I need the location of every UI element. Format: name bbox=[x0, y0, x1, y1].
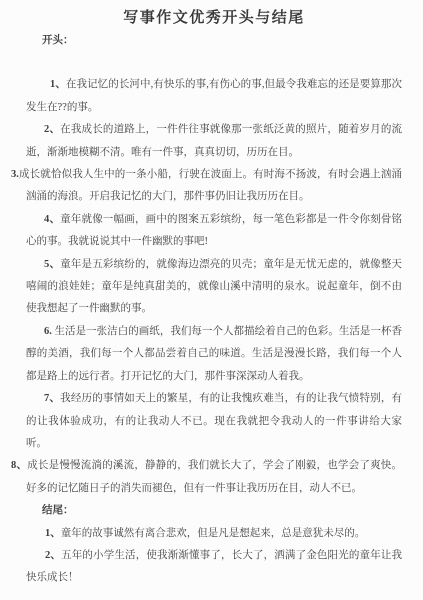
paragraph-number: 5、 bbox=[44, 259, 60, 270]
opening-paragraph-2: 2、在我成长的道路上，一件件往事就像那一张纸泛黄的照片，随着岁月的流逝，渐渐地模… bbox=[26, 119, 402, 164]
opening-paragraph-7: 7、我经历的事情如天上的繁星，有的让我愧疚难当，有的让我气愤特别，有的让我体验成… bbox=[26, 388, 402, 455]
paragraph-text: 童年就像一幅画，画中的图案五彩缤纷，每一笔色彩都是一件令你刻骨铭心的事。我就说说… bbox=[26, 214, 402, 247]
paragraph-text: 在我记忆的长河中,有快乐的事,有伤心的事,但最令我难忘的还是要算那次发生在??的… bbox=[26, 79, 402, 112]
opening-paragraph-8: 8、成长是慢慢流淌的溪流，静静的，我们就长大了，学会了刚毅，也学会了爽快。好多的… bbox=[26, 455, 402, 500]
paragraph-text: 童年的故事诚然有离合悲欢，但是凡是想起来，总是意犹未尽的。 bbox=[61, 528, 366, 539]
section-ending-label: 结尾： bbox=[42, 500, 402, 522]
paragraph-number: 1、 bbox=[45, 528, 61, 539]
paragraph-text: 在我成长的道路上，一件件往事就像那一张纸泛黄的照片，随着岁月的流逝，渐渐地模糊不… bbox=[26, 124, 402, 157]
paragraph-text: 生活是一张洁白的画纸，我们每一个人都描绘着自己的色彩。生活是一杯香醇的美酒，我们… bbox=[26, 326, 402, 382]
opening-paragraph-4: 4、童年就像一幅画，画中的图案五彩缤纷，每一笔色彩都是一件令你刻骨铭心的事。我就… bbox=[26, 209, 402, 254]
paragraph-number: 1、 bbox=[50, 79, 66, 90]
paragraph-number: 2、 bbox=[44, 124, 60, 135]
opening-paragraph-1: 1、在我记忆的长河中,有快乐的事,有伤心的事,但最令我难忘的还是要算那次发生在?… bbox=[26, 74, 402, 119]
paragraph-number: 8、 bbox=[11, 460, 27, 471]
paragraph-number: 6. bbox=[44, 326, 52, 337]
paragraph-text: 五年的小学生活，使我渐渐懂事了，长大了，洒满了金色阳光的童年让我快乐成长！ bbox=[26, 550, 402, 583]
ending-paragraph-2: 2、五年的小学生活，使我渐渐懂事了，长大了，洒满了金色阳光的童年让我快乐成长！ bbox=[26, 545, 402, 590]
opening-paragraph-3: 3.成长就恰似我人生中的一条小船，行驶在波面上。有时海不扬波，有时会遇上汹涌汹涌… bbox=[26, 164, 402, 209]
paragraph-text: 成长就恰似我人生中的一条小船，行驶在波面上。有时海不扬波，有时会遇上汹涌汹涌的海… bbox=[19, 169, 402, 202]
paragraph-text: 我经历的事情如天上的繁星，有的让我愧疚难当，有的让我气愤特别，有的让我体验成功，… bbox=[26, 393, 402, 449]
paragraph-text: 成长是慢慢流淌的溪流，静静的，我们就长大了，学会了刚毅，也学会了爽快。好多的记忆… bbox=[26, 460, 402, 493]
opening-paragraph-6: 6. 生活是一张洁白的画纸，我们每一个人都描绘着自己的色彩。生活是一杯香醇的美酒… bbox=[26, 321, 402, 388]
opening-paragraph-5: 5、童年是五彩缤纷的，就像海边漂亮的贝壳；童年是无忧无虑的，就像整天嘻闹的浪娃娃… bbox=[26, 254, 402, 321]
ending-paragraph-1: 1、童年的故事诚然有离合悲欢，但是凡是想起来，总是意犹未尽的。 bbox=[26, 523, 402, 545]
document-title: 写事作文优秀开头与结尾 bbox=[26, 6, 402, 30]
blank-line bbox=[26, 52, 402, 74]
paragraph-number: 2、 bbox=[45, 550, 61, 561]
section-opening-label: 开头： bbox=[42, 30, 402, 52]
paragraph-number: 3. bbox=[11, 169, 19, 180]
paragraph-text: 童年是五彩缤纷的，就像海边漂亮的贝壳；童年是无忧无虑的，就像整天嘻闹的浪娃娃；童… bbox=[26, 259, 402, 315]
document-page: 写事作文优秀开头与结尾 开头： 1、在我记忆的长河中,有快乐的事,有伤心的事,但… bbox=[0, 0, 423, 600]
paragraph-number: 7、 bbox=[44, 393, 60, 404]
paragraph-number: 4、 bbox=[44, 214, 60, 225]
